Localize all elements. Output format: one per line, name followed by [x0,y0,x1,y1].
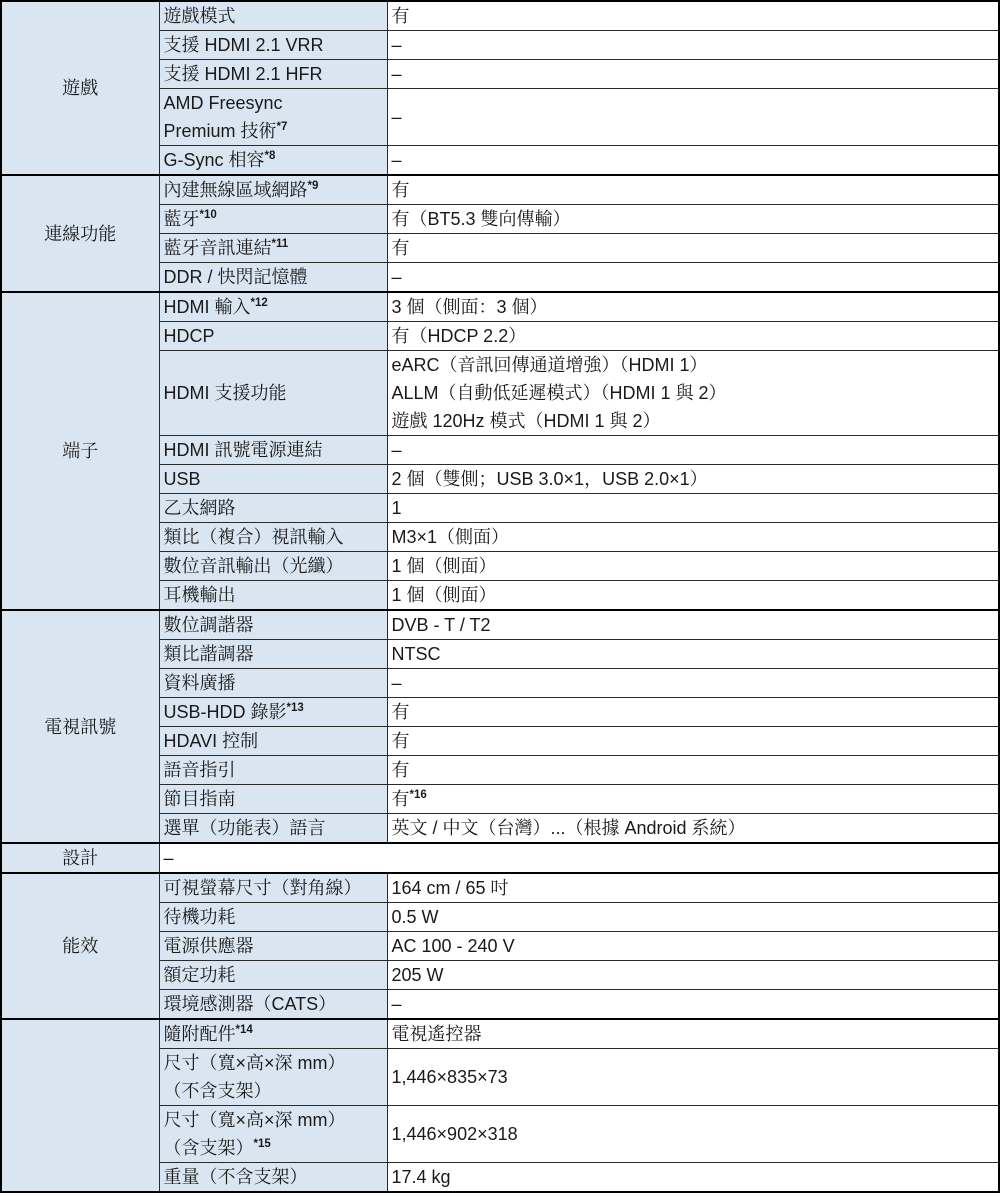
spec-table: 遊戲遊戲模式有支援 HDMI 2.1 VRR–支援 HDMI 2.1 HFR–A… [0,0,1000,1193]
spec-name-cell: 藍牙音訊連結*11 [159,234,387,263]
spec-name-cell: HDMI 支援功能 [159,351,387,436]
spec-name-cell: 耳機輸出 [159,581,387,611]
spec-name-cell: 資料廣播 [159,669,387,698]
spec-value-cell: 有 [387,698,999,727]
spec-value-cell: 164 cm / 65 吋 [387,873,999,903]
spec-value-cell: 有（HDCP 2.2） [387,322,999,351]
spec-row: 設計– [1,843,999,873]
footnote-marker: *14 [236,1024,253,1036]
spec-name-cell: HDMI 輸入*12 [159,292,387,322]
spec-value-cell: 0.5 W [387,903,999,932]
spec-value-cell: 1 個（側面） [387,581,999,611]
spec-name-cell: G-Sync 相容*8 [159,146,387,176]
spec-value-cell: AC 100 - 240 V [387,932,999,961]
spec-name-cell: AMD FreesyncPremium 技術*7 [159,89,387,146]
spec-row: 連線功能內建無線區域網路*9有 [1,175,999,205]
spec-value-cell: M3×1（側面） [387,523,999,552]
spec-value-cell: 1,446×902×318 [387,1106,999,1163]
spec-name-cell: 藍牙*10 [159,205,387,234]
spec-value-cell: 有 [387,234,999,263]
footnote-marker: *12 [251,297,268,309]
category-cell: 遊戲 [1,1,159,175]
footnote-marker: *8 [265,150,276,162]
spec-name-cell: HDCP [159,322,387,351]
spec-value-cell: 有（BT5.3 雙向傳輸） [387,205,999,234]
spec-name-cell: 尺寸（寬×高×深 mm）（不含支架） [159,1049,387,1106]
spec-name-cell: USB-HDD 錄影*13 [159,698,387,727]
category-cell: 連線功能 [1,175,159,292]
spec-name-cell: 語音指引 [159,756,387,785]
spec-value-cell: 有*16 [387,785,999,814]
spec-value-cell: 1 個（側面） [387,552,999,581]
spec-name-cell: 額定功耗 [159,961,387,990]
spec-value-cell: 3 個（側面：3 個） [387,292,999,322]
footnote-marker: *7 [277,121,288,133]
spec-name-cell: USB [159,465,387,494]
spec-value-cell: 有 [387,756,999,785]
spec-value-cell: 有 [387,175,999,205]
spec-value-cell: 2 個（雙側；USB 3.0×1，USB 2.0×1） [387,465,999,494]
spec-name-cell: 內建無線區域網路*9 [159,175,387,205]
spec-name-cell: HDMI 訊號電源連結 [159,436,387,465]
spec-name-cell: 環境感測器（CATS） [159,990,387,1020]
spec-row: 能效可視螢幕尺寸（對角線）164 cm / 65 吋 [1,873,999,903]
spec-value-cell: 17.4 kg [387,1163,999,1193]
spec-name-cell: 數位調諧器 [159,610,387,640]
spec-name-cell: 待機功耗 [159,903,387,932]
spec-value-cell: 有 [387,1,999,31]
spec-name-cell: 支援 HDMI 2.1 VRR [159,31,387,60]
category-cell: 端子 [1,292,159,610]
spec-value-cell: 英文 / 中文（台灣）...（根據 Android 系統） [387,814,999,844]
footnote-marker: *10 [200,209,217,221]
spec-row: 電視訊號數位調諧器DVB - T / T2 [1,610,999,640]
spec-value-cell: DVB - T / T2 [387,610,999,640]
spec-value-cell: – [387,31,999,60]
spec-name-cell: 類比諧調器 [159,640,387,669]
spec-value-cell: 1 [387,494,999,523]
category-cell: 設計 [1,843,159,873]
spec-value-cell: 有 [387,727,999,756]
spec-value-cell: – [387,89,999,146]
footnote-marker: *15 [254,1138,271,1150]
spec-name-cell: 選單（功能表）語言 [159,814,387,844]
spec-value-cell: – [387,436,999,465]
spec-value-cell: – [387,669,999,698]
spec-name-cell: 數位音訊輸出（光纖） [159,552,387,581]
spec-name-cell: 隨附配件*14 [159,1019,387,1049]
spec-name-cell: HDAVI 控制 [159,727,387,756]
spec-value-cell: 1,446×835×73 [387,1049,999,1106]
category-cell [1,1019,159,1192]
category-cell: 能效 [1,873,159,1019]
spec-value-cell: – [387,263,999,293]
spec-name-cell: 尺寸（寬×高×深 mm）（含支架）*15 [159,1106,387,1163]
spec-row: 隨附配件*14電視遙控器 [1,1019,999,1049]
footnote-marker: *9 [308,180,319,192]
spec-value-cell: – [387,146,999,176]
footnote-marker: *16 [410,789,427,801]
footnote-marker: *13 [287,702,304,714]
spec-name-cell: 遊戲模式 [159,1,387,31]
spec-value-cell: 電視遙控器 [387,1019,999,1049]
spec-row: 遊戲遊戲模式有 [1,1,999,31]
spec-name-cell: 支援 HDMI 2.1 HFR [159,60,387,89]
category-cell: 電視訊號 [1,610,159,843]
spec-value-cell: – [387,990,999,1020]
spec-value-cell: eARC（音訊回傳通道增強）（HDMI 1）ALLM（自動低延遲模式）（HDMI… [387,351,999,436]
footnote-marker: *11 [272,238,289,250]
spec-name-cell: 節目指南 [159,785,387,814]
spec-name-cell: 電源供應器 [159,932,387,961]
spec-value-cell: – [159,843,999,873]
spec-value-cell: 205 W [387,961,999,990]
spec-name-cell: 乙太網路 [159,494,387,523]
spec-value-cell: NTSC [387,640,999,669]
spec-name-cell: 類比（複合）視訊輸入 [159,523,387,552]
spec-name-cell: 重量（不含支架） [159,1163,387,1193]
spec-row: 端子HDMI 輸入*123 個（側面：3 個） [1,292,999,322]
spec-table-body: 遊戲遊戲模式有支援 HDMI 2.1 VRR–支援 HDMI 2.1 HFR–A… [1,1,999,1192]
spec-value-cell: – [387,60,999,89]
spec-name-cell: 可視螢幕尺寸（對角線） [159,873,387,903]
spec-name-cell: DDR / 快閃記憶體 [159,263,387,293]
